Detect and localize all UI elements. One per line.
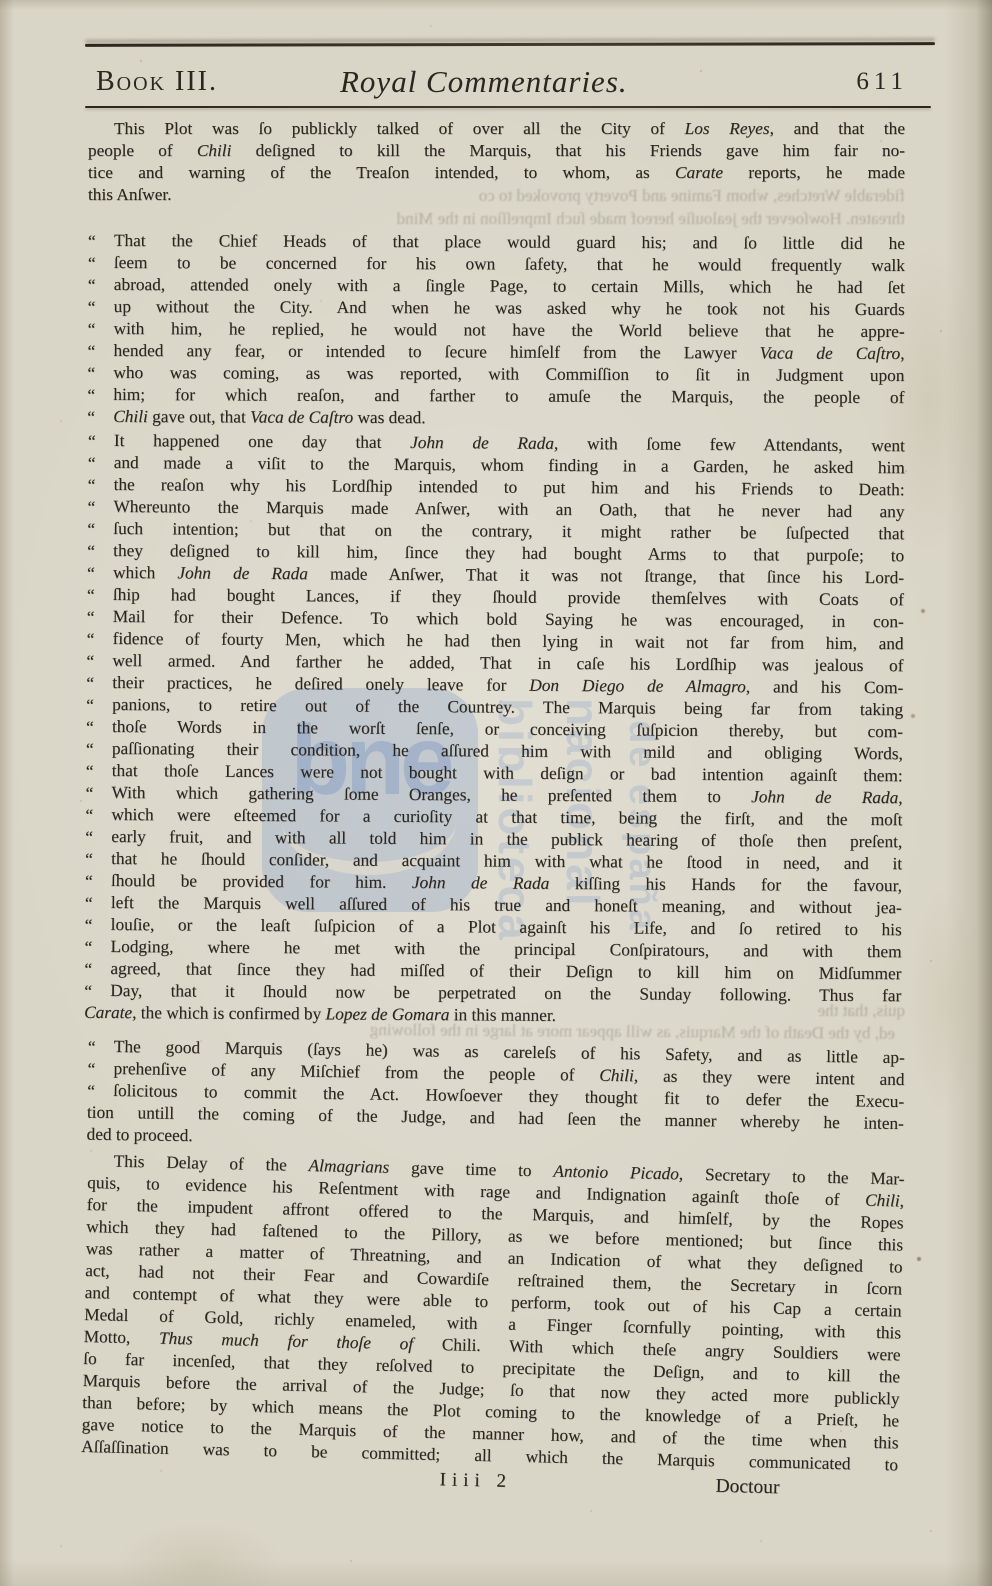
quotation-mark: “ bbox=[87, 407, 95, 429]
book-label: Book III. bbox=[96, 66, 218, 98]
text-block: This Plot was ſo publickly talked of ove… bbox=[88, 118, 905, 1487]
running-title: Royal Commentaries. bbox=[340, 64, 628, 100]
quotation-mark: “ bbox=[88, 431, 96, 453]
quotation-mark: “ bbox=[88, 231, 96, 253]
quoted-paragraph: “That the Chief Heads of that place woul… bbox=[113, 230, 905, 431]
quotation-mark: “ bbox=[87, 363, 95, 385]
paragraph: This Delay of the Almagrians gave time t… bbox=[81, 1150, 905, 1476]
page-number: 611 bbox=[856, 68, 908, 96]
text-line: “ſeem to be concerned for his own ſafety… bbox=[114, 252, 905, 277]
text-line: Carate, the which is confirmed by Lopez … bbox=[84, 1002, 901, 1029]
text-line: “with him, he replied, he would not have… bbox=[114, 318, 905, 343]
quotation-mark: “ bbox=[87, 585, 95, 607]
text-line: “up without the City. And when he was as… bbox=[114, 296, 905, 321]
quotation-mark: “ bbox=[88, 253, 96, 275]
text-line: “him; for which reaſon, and farther to a… bbox=[113, 384, 904, 409]
quotation-mark: “ bbox=[86, 739, 94, 761]
quoted-paragraph: “It happened one day that John de Rada, … bbox=[110, 430, 905, 1029]
text-line: this Anſwer. bbox=[88, 184, 905, 206]
header-rule-top bbox=[85, 42, 935, 47]
quotation-mark: “ bbox=[86, 783, 94, 805]
quotation-mark: “ bbox=[88, 475, 96, 497]
text-line: tice and warning of the Treaſon intended… bbox=[88, 162, 905, 184]
quotation-mark: “ bbox=[87, 1081, 95, 1103]
quotation-mark: “ bbox=[87, 1059, 95, 1081]
quotation-mark: “ bbox=[85, 805, 93, 827]
quotation-mark: “ bbox=[87, 497, 95, 519]
scanned-book-page: bne biblioteca nacional de españa fidera… bbox=[0, 0, 992, 1586]
quotation-mark: “ bbox=[88, 1037, 96, 1059]
text-line: people of Chili deſigned to kill the Mar… bbox=[88, 140, 905, 162]
quotation-mark: “ bbox=[86, 673, 94, 695]
text-line: “abroad, attended onely with a ſingle Pa… bbox=[114, 274, 905, 299]
quotation-mark: “ bbox=[86, 695, 94, 717]
quotation-mark: “ bbox=[85, 827, 93, 849]
quotation-mark: “ bbox=[84, 937, 92, 959]
quotation-mark: “ bbox=[87, 563, 95, 585]
quotation-mark: “ bbox=[87, 519, 95, 541]
quotation-mark: “ bbox=[86, 761, 94, 783]
catchword: Doctour bbox=[715, 1476, 779, 1499]
text-line: “Chili gave out, that Vaca de Caſtro was… bbox=[113, 406, 904, 431]
paragraph: This Plot was ſo publickly talked of ove… bbox=[88, 118, 905, 206]
header-rule-bottom bbox=[85, 106, 931, 108]
quotation-mark: “ bbox=[84, 959, 92, 981]
quotation-mark: “ bbox=[88, 297, 96, 319]
quotation-mark: “ bbox=[86, 651, 94, 673]
quotation-mark: “ bbox=[87, 607, 95, 629]
signature-mark: Iiii 2 bbox=[439, 1469, 512, 1493]
quotation-mark: “ bbox=[88, 275, 96, 297]
quotation-mark: “ bbox=[88, 453, 96, 475]
text-line: “who was coming, as was reported, with C… bbox=[113, 362, 904, 387]
running-head: Book III. Royal Commentaries. 611 bbox=[88, 54, 908, 102]
quotation-mark: “ bbox=[87, 541, 95, 563]
quoted-paragraph: “The good Marquis (ſays he) was as carel… bbox=[112, 1036, 904, 1157]
text-line: “That the Chief Heads of that place woul… bbox=[114, 230, 905, 255]
quotation-mark: “ bbox=[84, 981, 92, 1003]
text-line: “hended any fear, or intended to ſecure … bbox=[113, 340, 904, 365]
text-line: This Plot was ſo publickly talked of ove… bbox=[88, 118, 905, 140]
quotation-mark: “ bbox=[87, 341, 95, 363]
quotation-mark: “ bbox=[87, 385, 95, 407]
quotation-mark: “ bbox=[88, 319, 96, 341]
quotation-mark: “ bbox=[85, 893, 93, 915]
quotation-mark: “ bbox=[86, 717, 94, 739]
quotation-mark: “ bbox=[87, 629, 95, 651]
quotation-mark: “ bbox=[85, 849, 93, 871]
quotation-mark: “ bbox=[85, 915, 93, 937]
quotation-mark: “ bbox=[85, 871, 93, 893]
